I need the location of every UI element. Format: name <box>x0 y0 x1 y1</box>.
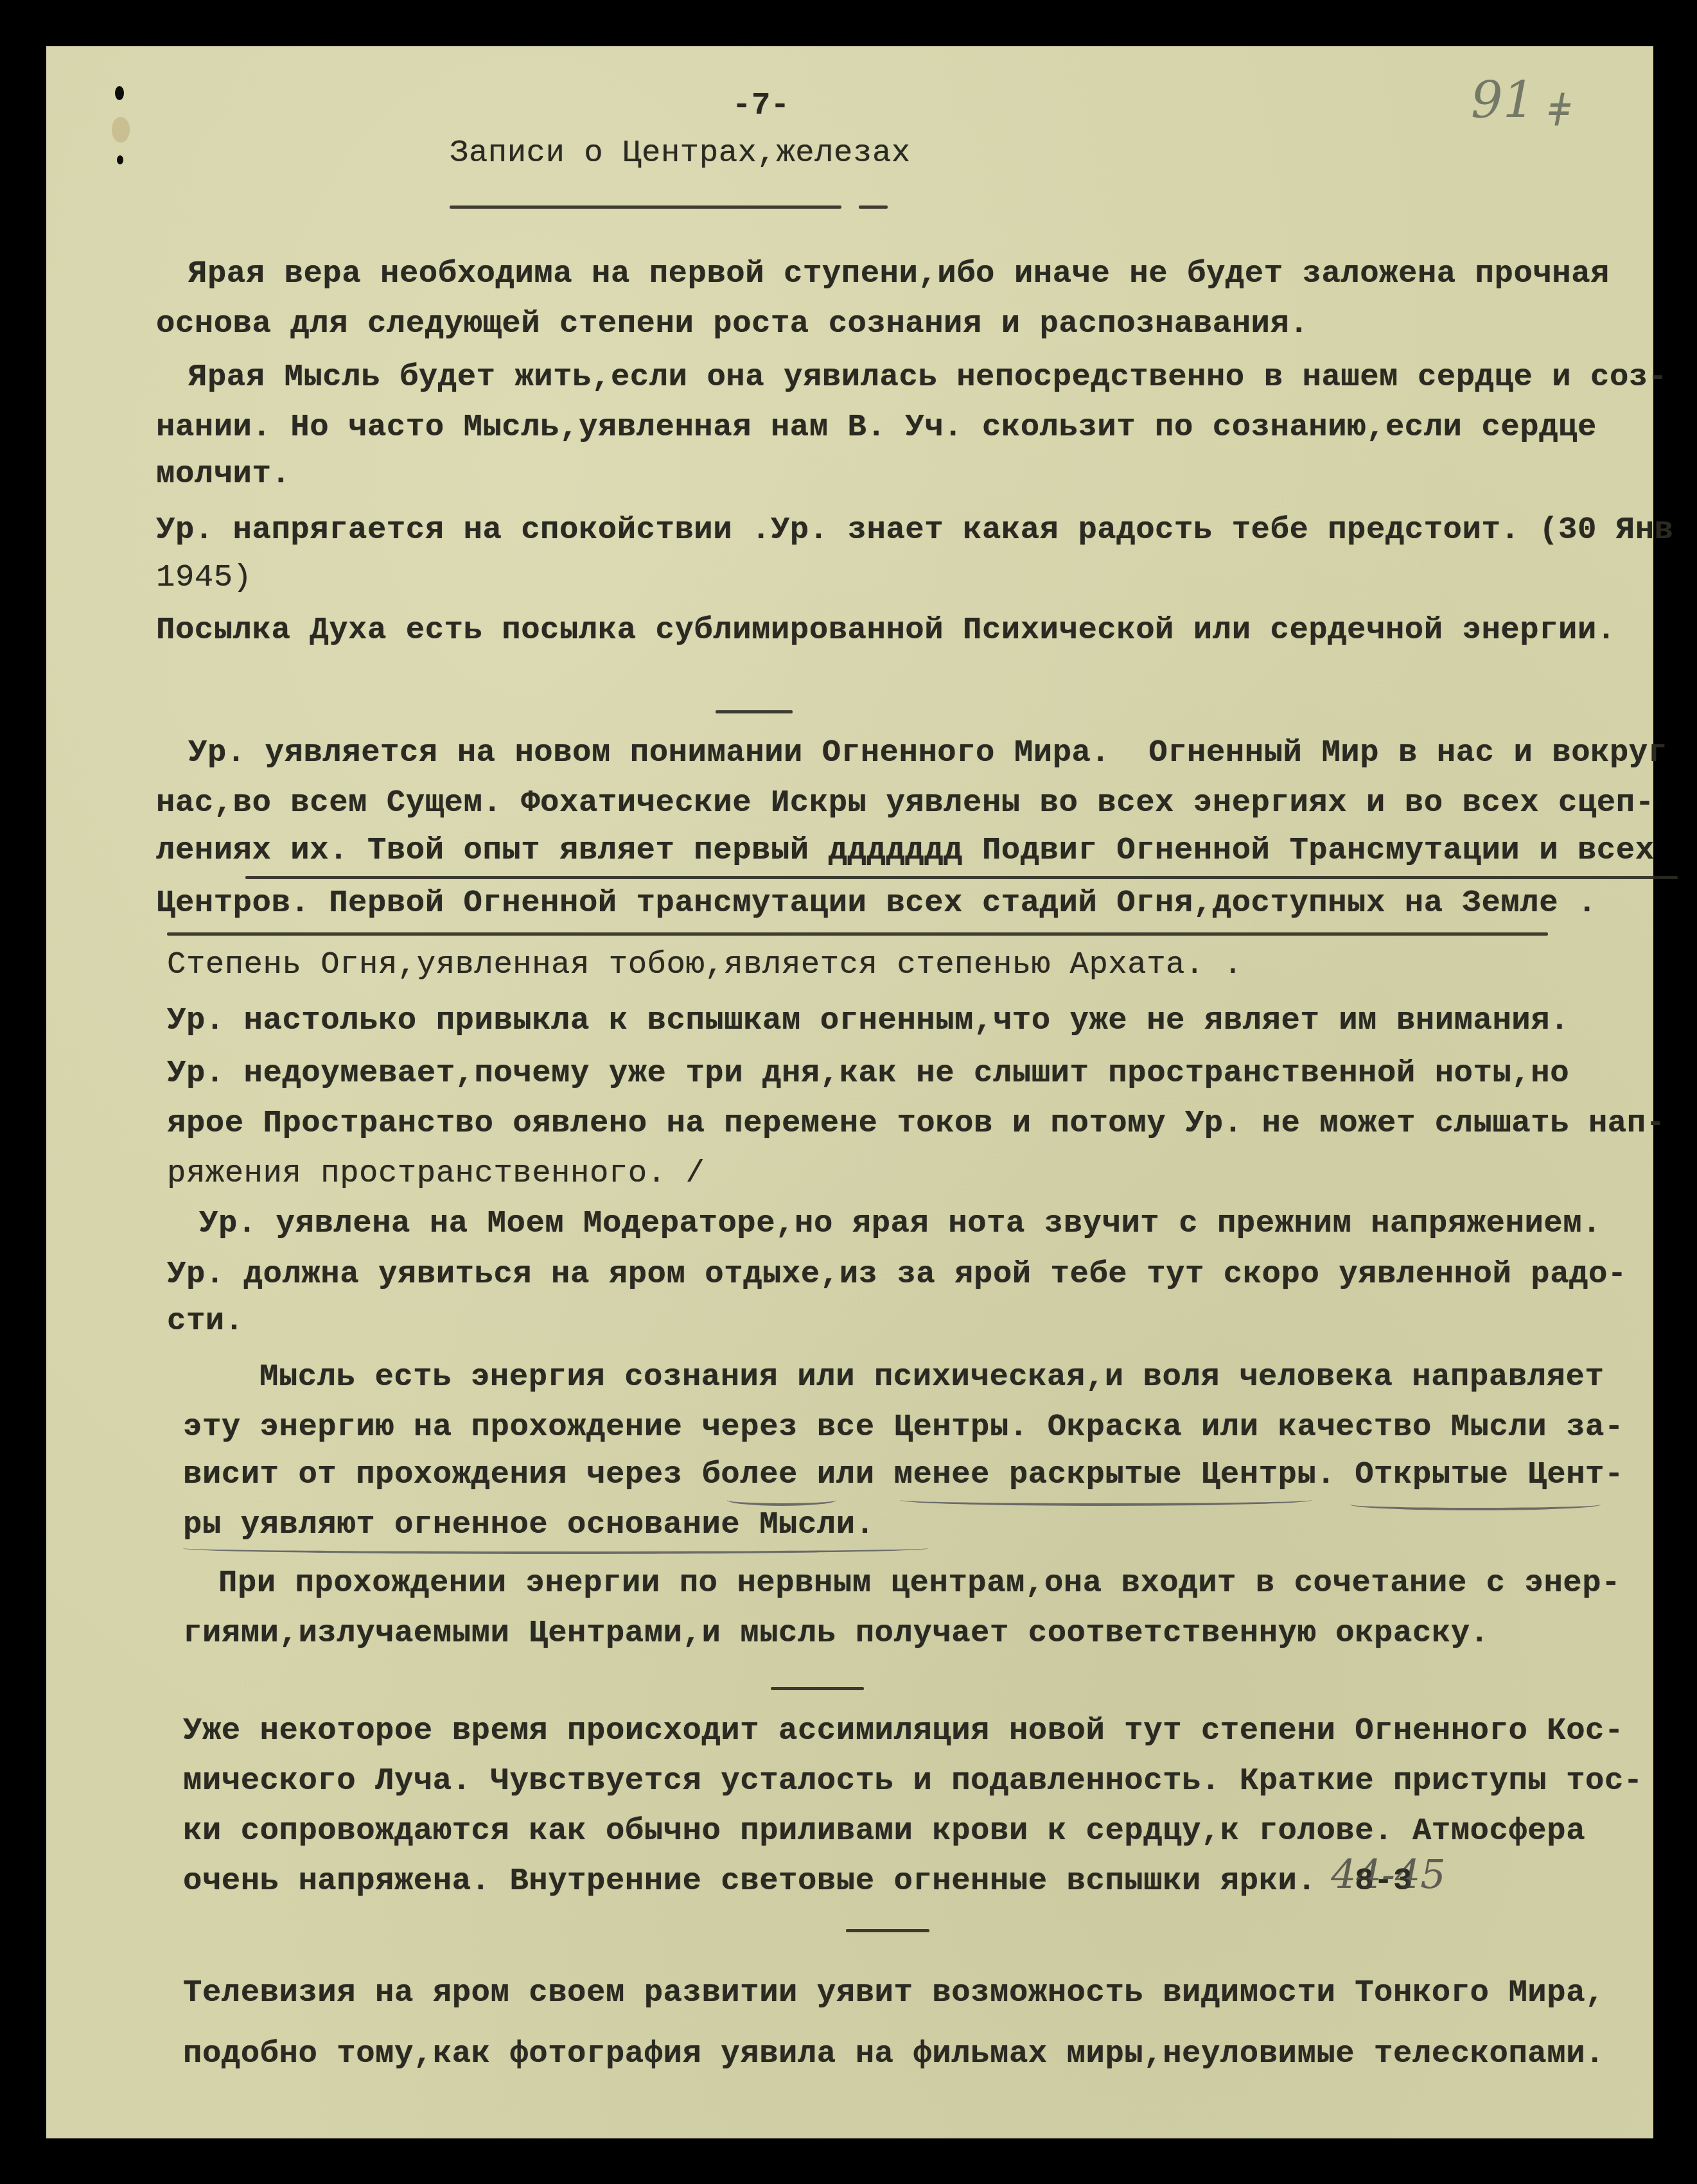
section-divider <box>771 1687 864 1690</box>
archive-mark: ǂ <box>1549 83 1570 136</box>
title-underline <box>450 205 841 209</box>
text-line: очень напряжена. Внутренние световые огн… <box>183 1865 1412 1897</box>
text-line: ряжения пространственного. / <box>167 1158 705 1189</box>
text-line: Ур. уявлена на Моем Модераторе,но ярая н… <box>199 1208 1601 1239</box>
section-divider <box>846 1929 929 1932</box>
text-line: эту энергию на прохождение через все Цен… <box>183 1411 1624 1443</box>
text-line: Ур. настолько привыкла к вспышкам огненн… <box>167 1005 1569 1036</box>
pencil-underline <box>901 1494 1312 1506</box>
text-line: Мысль есть энергия сознания или психичес… <box>259 1361 1604 1393</box>
text-line: ки сопровождаются как обычно приливами к… <box>183 1815 1585 1847</box>
text-line: гиями,излучаемыми Центрами,и мысль получ… <box>183 1618 1490 1649</box>
text-line: подобно тому,как фотография уявила на фи… <box>183 2038 1605 2070</box>
text-line: Степень Огня,уявленная тобою,является ст… <box>167 949 1243 981</box>
underline-rule <box>245 876 1678 879</box>
archive-folio-number: 91 <box>1471 72 1534 130</box>
text-line: Ярая вера необходима на первой ступени,и… <box>188 258 1610 290</box>
document-page: -7- 91 ǂ Записи о Центрах,железах Ярая в… <box>46 46 1653 2138</box>
text-line: мического Луча. Чувствуется усталость и … <box>183 1765 1643 1797</box>
text-line: Ур. уявляется на новом понимании Огненно… <box>188 737 1667 769</box>
text-line: Ур. недоумевает,почему уже три дня,как н… <box>167 1058 1569 1089</box>
text-line: Ярая Мысль будет жить,если она уявилась … <box>188 362 1667 393</box>
text-line: нании. Но часто Мысль,уявленная нам В. У… <box>156 412 1597 443</box>
text-line: ры уявляют огненное основание Мысли. <box>183 1509 875 1541</box>
binding-hole <box>117 155 123 164</box>
title-underline-tail <box>859 205 888 209</box>
text-line: Ур. должна уявиться на яром отдыхе,из за… <box>167 1259 1627 1290</box>
text-line: Ур. напрягается на спокойствии .Ур. знае… <box>156 514 1673 546</box>
pencil-underline <box>183 1542 928 1554</box>
text-line: ярое Пространство оявлено на перемене то… <box>167 1108 1666 1139</box>
page-title: Записи о Центрах,железах <box>450 137 911 169</box>
pencil-underline <box>1350 1499 1601 1510</box>
handwritten-date-suffix: 44-45 <box>1331 1851 1446 1898</box>
underline-rule <box>167 932 1548 936</box>
text-line: висит от прохождения через более или мен… <box>183 1459 1624 1490</box>
page-number: -7- <box>732 90 790 121</box>
text-line: При прохождении энергии по нервным центр… <box>218 1568 1621 1599</box>
binding-hole <box>115 86 124 100</box>
text-line: Телевизия на яром своем развитии уявит в… <box>183 1977 1605 2009</box>
text-line: Уже некоторое время происходит ассимиляц… <box>183 1715 1624 1747</box>
text-line: сти. <box>167 1306 244 1337</box>
text-line: нас,во всем Сущем. Фохатические Искры уя… <box>156 787 1655 819</box>
text-line: молчит. <box>156 459 290 490</box>
text-line: лениях их. Твой опыт являет первый ддддд… <box>156 835 1655 866</box>
section-divider <box>716 710 793 713</box>
text-line: 1945) <box>156 562 252 593</box>
text-line: Центров. Первой Огненной трансмутации вс… <box>156 887 1597 919</box>
binding-stain <box>112 117 130 143</box>
pencil-underline <box>727 1494 836 1506</box>
text-line: основа для следующей степени роста созна… <box>156 308 1308 340</box>
text-line: Посылка Духа есть посылка сублимированно… <box>156 615 1616 646</box>
